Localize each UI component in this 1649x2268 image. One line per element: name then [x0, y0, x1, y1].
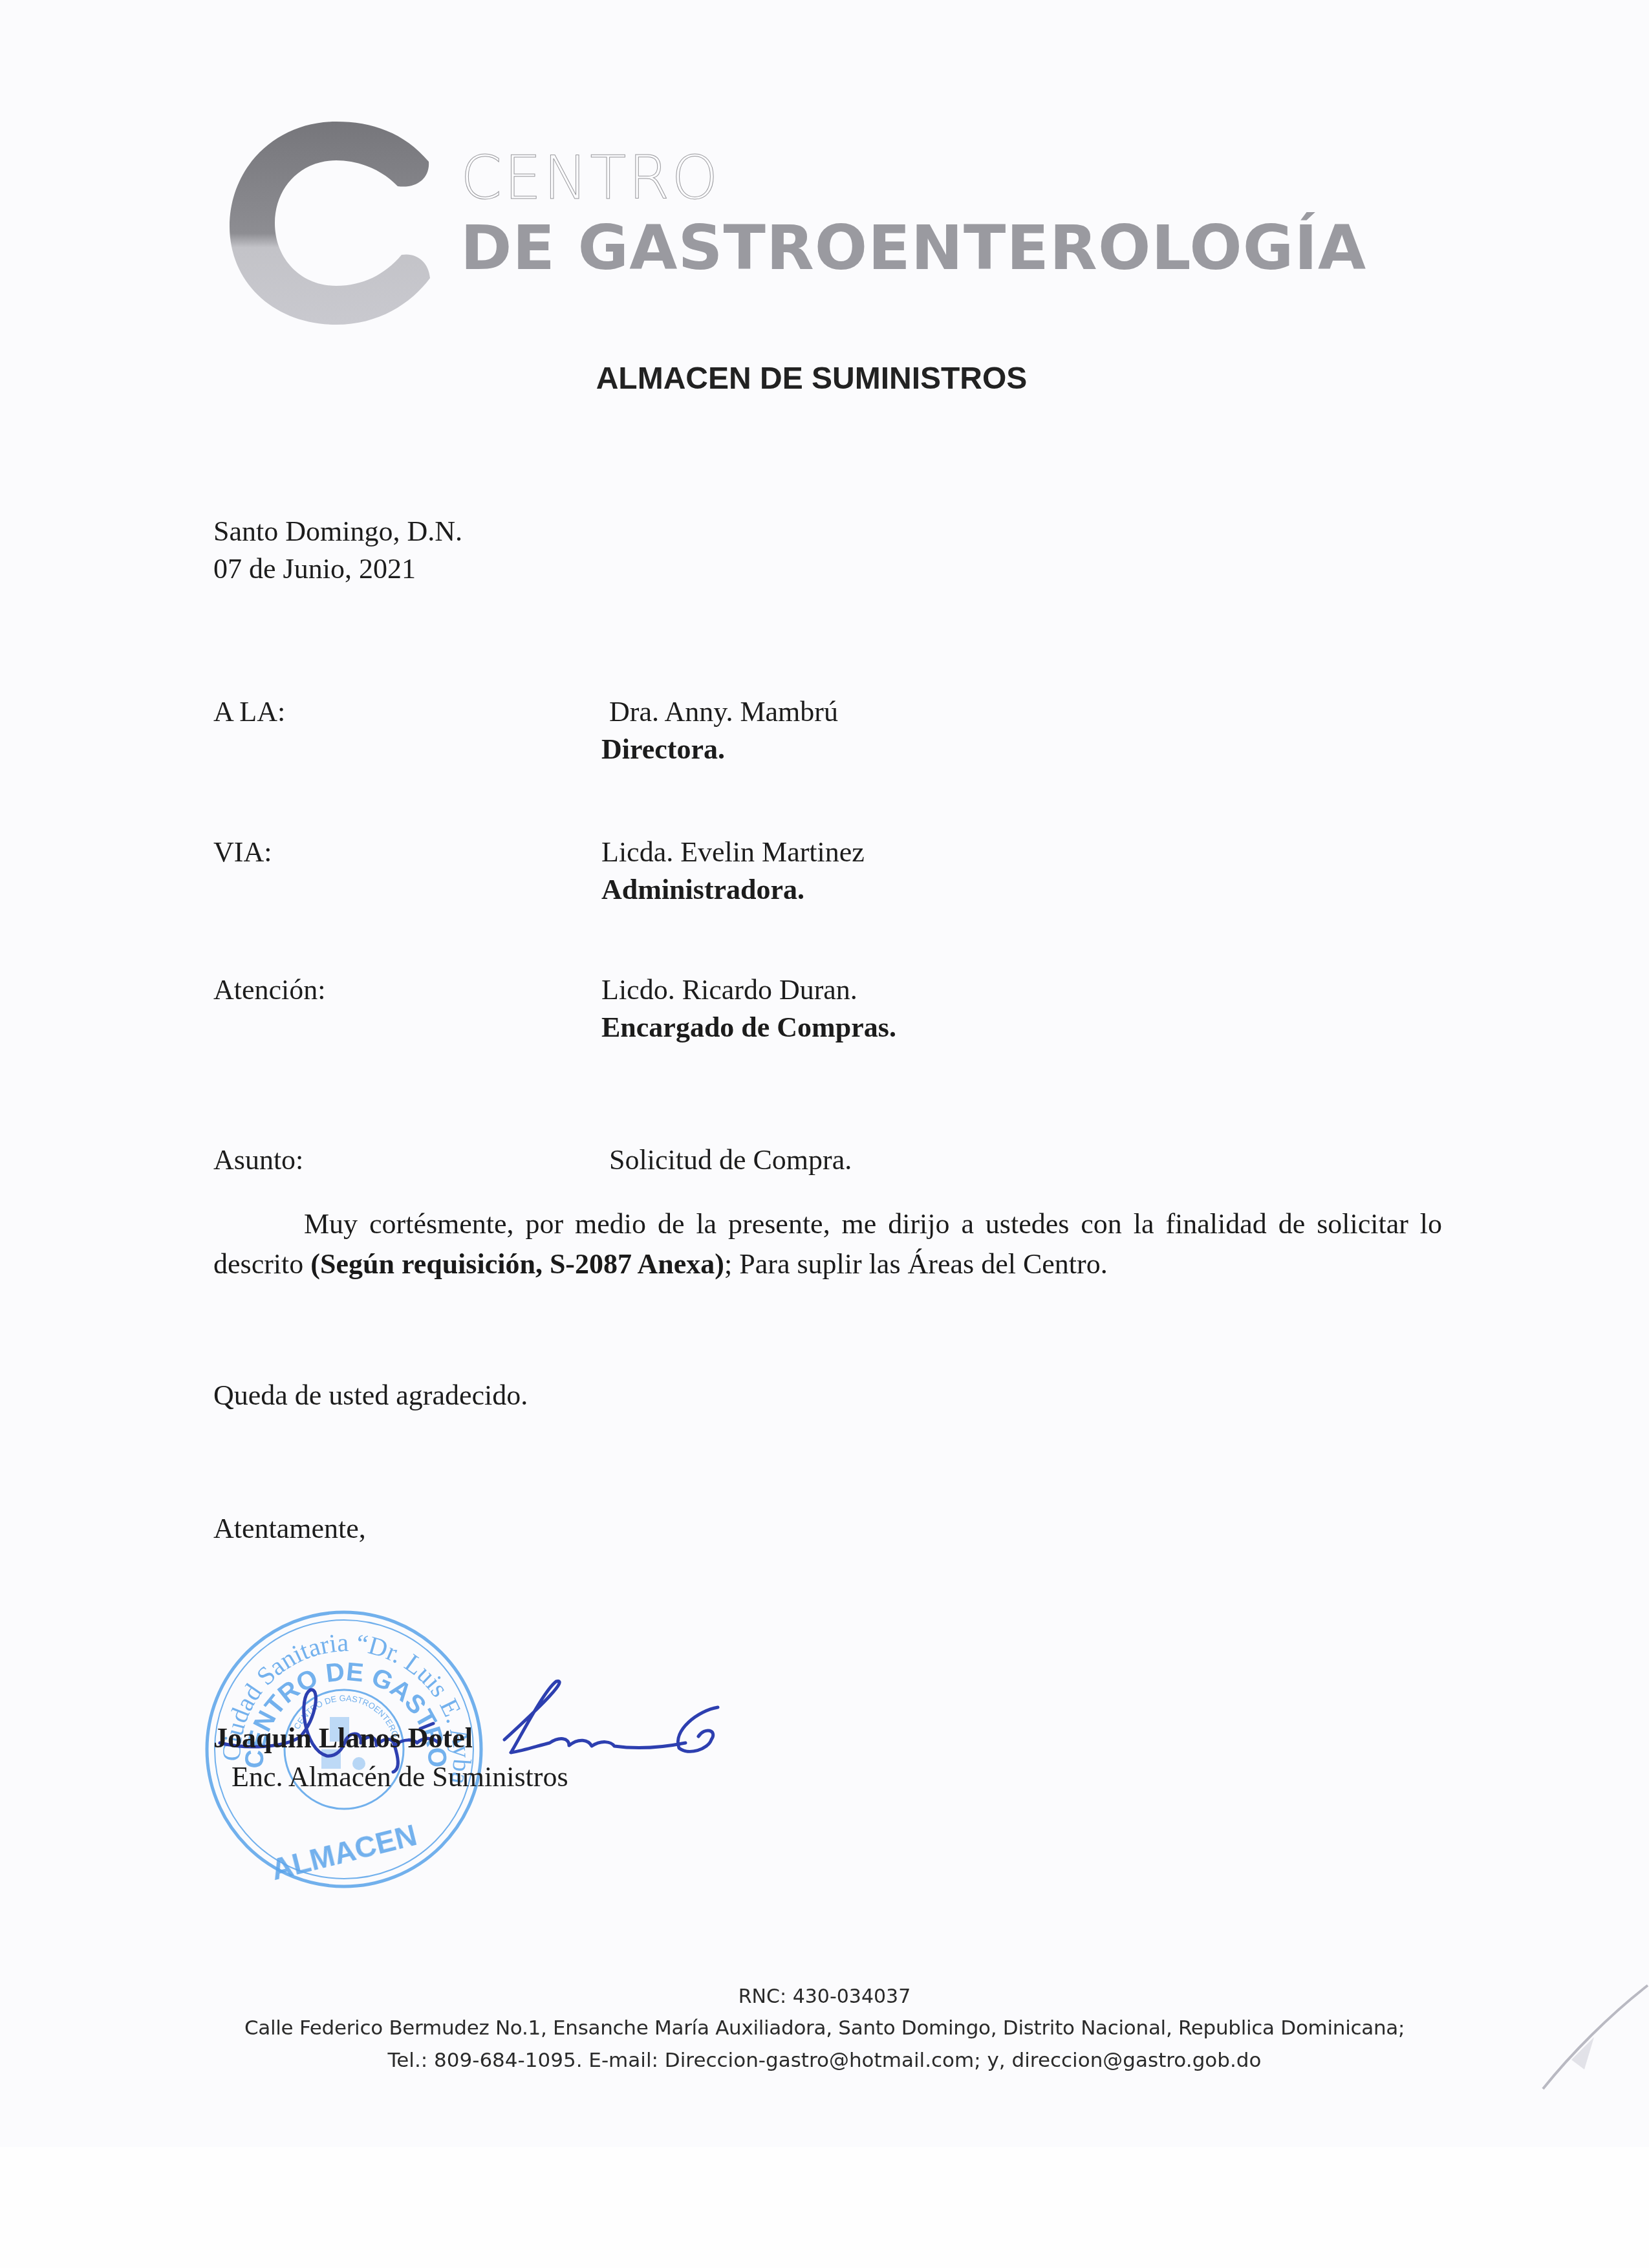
signer-name: Joaquin Llanos Dotel — [213, 1722, 473, 1755]
recipient-title-administrator: Administradora. — [601, 873, 804, 906]
org-name-line2: DE GASTROENTEROLOGÍA — [460, 213, 1366, 284]
recipient-title-director: Directora. — [601, 733, 725, 766]
recipient-name-purchasing: Licdo. Ricardo Duran. — [601, 973, 857, 1006]
recipient-name-director: Dra. Anny. Mambrú — [609, 695, 838, 728]
department-title: ALMACEN DE SUMINISTROS — [0, 361, 1623, 396]
org-name-line1: CENTRO — [460, 144, 720, 213]
scan-fold-mark-icon — [1539, 1976, 1649, 2092]
closing-thanks: Queda de usted agradecido. — [213, 1379, 528, 1412]
subject-value: Solicitud de Compra. — [609, 1143, 852, 1176]
recipient-label-via: VIA: — [213, 836, 272, 869]
place: Santo Domingo, D.N. — [213, 515, 462, 548]
recipient-name-administrator: Licda. Evelin Martinez — [601, 836, 865, 869]
recipient-title-purchasing: Encargado de Compras. — [601, 1011, 896, 1044]
signer-role: Enc. Almacén de Suministros — [232, 1760, 568, 1793]
footer-address: Calle Federico Bermudez No.1, Ensanche M… — [0, 2016, 1649, 2040]
body-text-part3: ; Para suplir las Áreas del Centro. — [724, 1248, 1108, 1280]
subject-label: Asunto: — [213, 1143, 303, 1176]
body-paragraph: Muy cortésmente, por medio de la present… — [213, 1204, 1442, 1284]
footer-rnc: RNC: 430-034037 — [0, 1985, 1649, 2008]
date: 07 de Junio, 2021 — [213, 552, 416, 585]
scan-bottom-strip — [0, 2147, 1649, 2268]
c-logo-icon — [223, 116, 443, 330]
recipient-label-a-la: A LA: — [213, 695, 285, 728]
footer-contact: Tel.: 809-684-1095. E-mail: Direccion-ga… — [0, 2049, 1649, 2072]
recipient-label-attention: Atención: — [213, 973, 326, 1006]
closing: Atentamente, — [213, 1512, 366, 1545]
requisition-reference: (Según requisición, S-2087 Anexa) — [310, 1248, 724, 1280]
